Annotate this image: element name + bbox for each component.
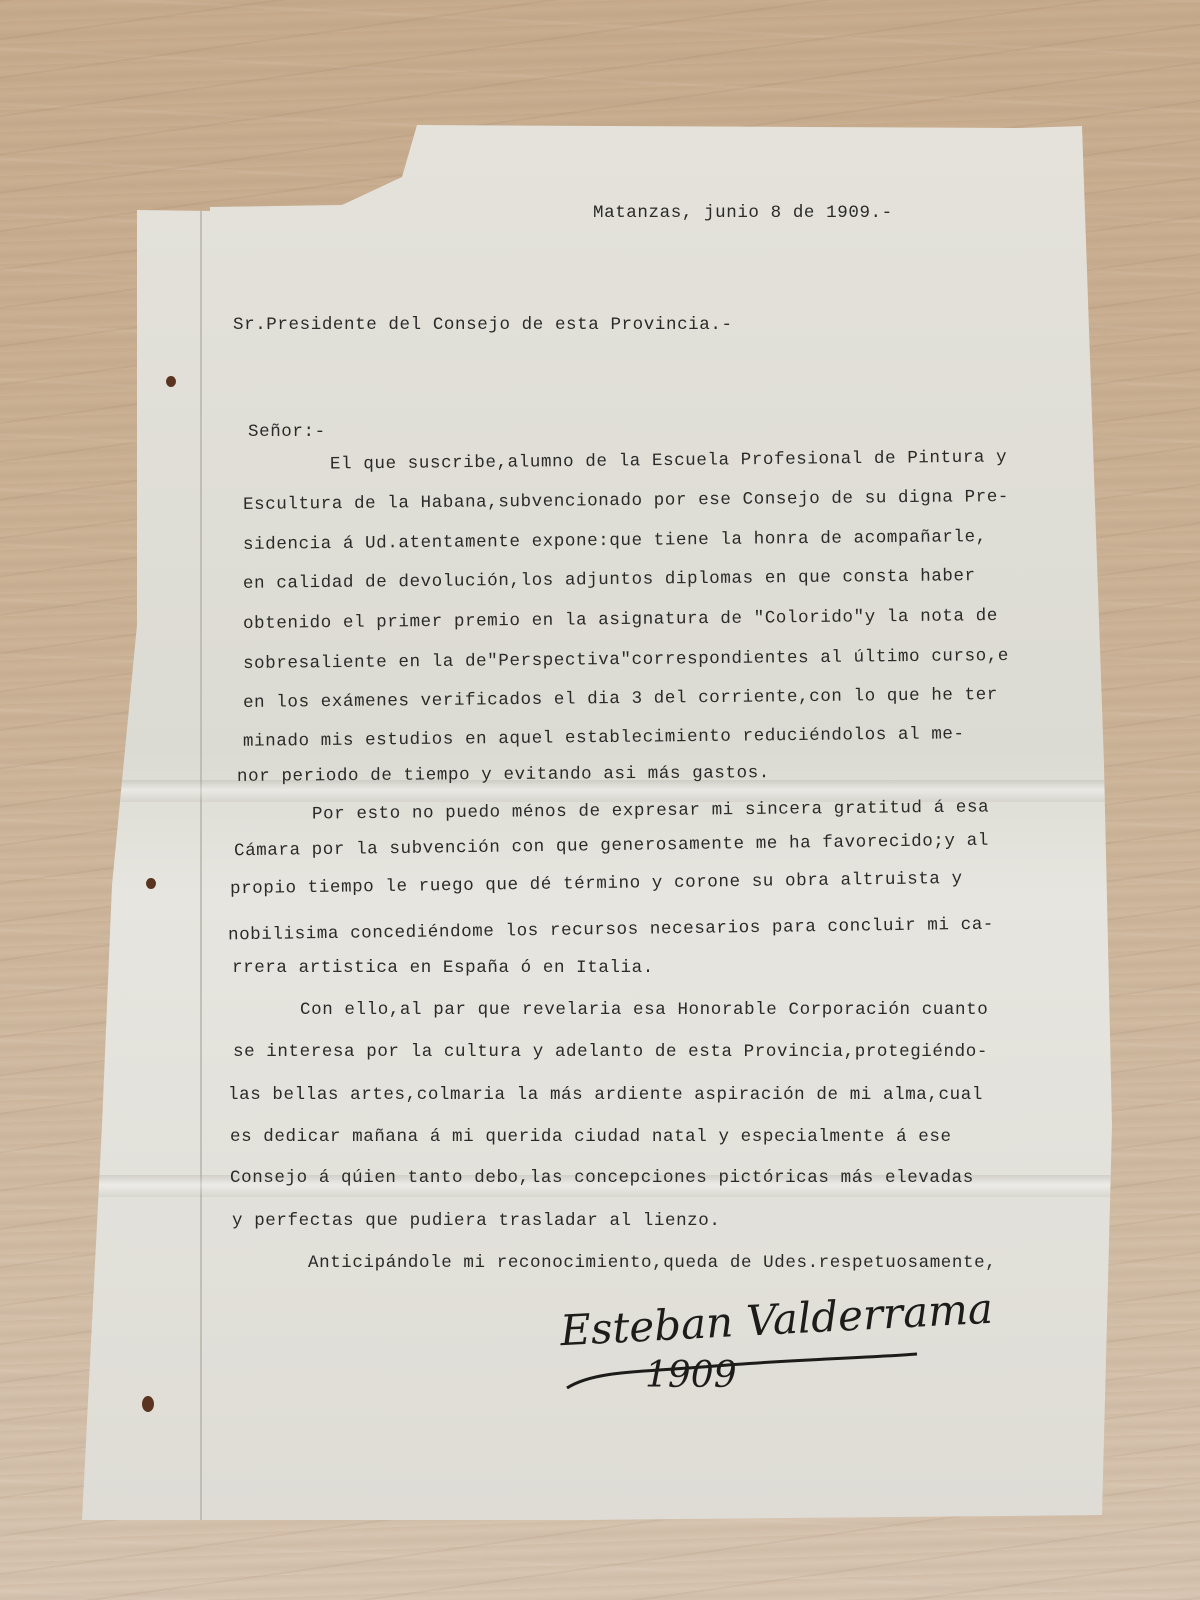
body-line: Consejo á qúien tanto debo,las concepcio… [230,1168,974,1188]
signature-year: 1909 [645,1355,737,1396]
body-line: minado mis estudios en aquel establecimi… [243,724,965,752]
signature-underline-flourish [565,1350,925,1390]
body-line: sidencia á Ud.atentamente expone:que tie… [243,527,987,555]
body-line: El que suscribe,alumno de la Escuela Pro… [330,447,1007,474]
body-line: es dedicar mañana á mi querida ciudad na… [230,1127,952,1147]
body-line: rrera artistica en España ó en Italia. [232,958,654,978]
body-line: sobresaliente en la de"Perspectiva"corre… [243,646,1009,674]
addressee: Sr.Presidente del Consejo de esta Provin… [233,315,733,335]
body-line: Por esto no puedo ménos de expresar mi s… [312,797,989,824]
letter-text: Matanzas, junio 8 de 1909.- Sr.President… [0,0,1200,1600]
body-line: y perfectas que pudiera trasladar al lie… [232,1211,720,1231]
body-line: las bellas artes,colmaria la más ardient… [228,1085,983,1105]
body-line: en calidad de devolución,los adjuntos di… [243,566,976,594]
salutation: Señor:- [248,422,326,442]
handwritten-signature: Esteban Valderrama [559,1284,994,1356]
dateline: Matanzas, junio 8 de 1909.- [593,203,893,223]
body-line: Con ello,al par que revelaria esa Honora… [300,1000,988,1020]
body-line: propio tiempo le ruego que dé término y … [230,869,963,899]
body-line: obtenido el primer premio en la asignatu… [243,606,998,634]
body-line: nor periodo de tiempo y evitando asi más… [237,763,770,787]
body-line: en los exámenes verificados el dia 3 del… [243,685,998,713]
body-line: Escultura de la Habana,subvencionado por… [243,487,1009,515]
body-line: se interesa por la cultura y adelanto de… [233,1042,988,1062]
body-line: nobilisima concediéndome los recursos ne… [228,915,994,946]
body-line: Cámara por la subvención con que generos… [234,831,989,862]
closing-line: Anticipándole mi reconocimiento,queda de… [308,1253,996,1273]
